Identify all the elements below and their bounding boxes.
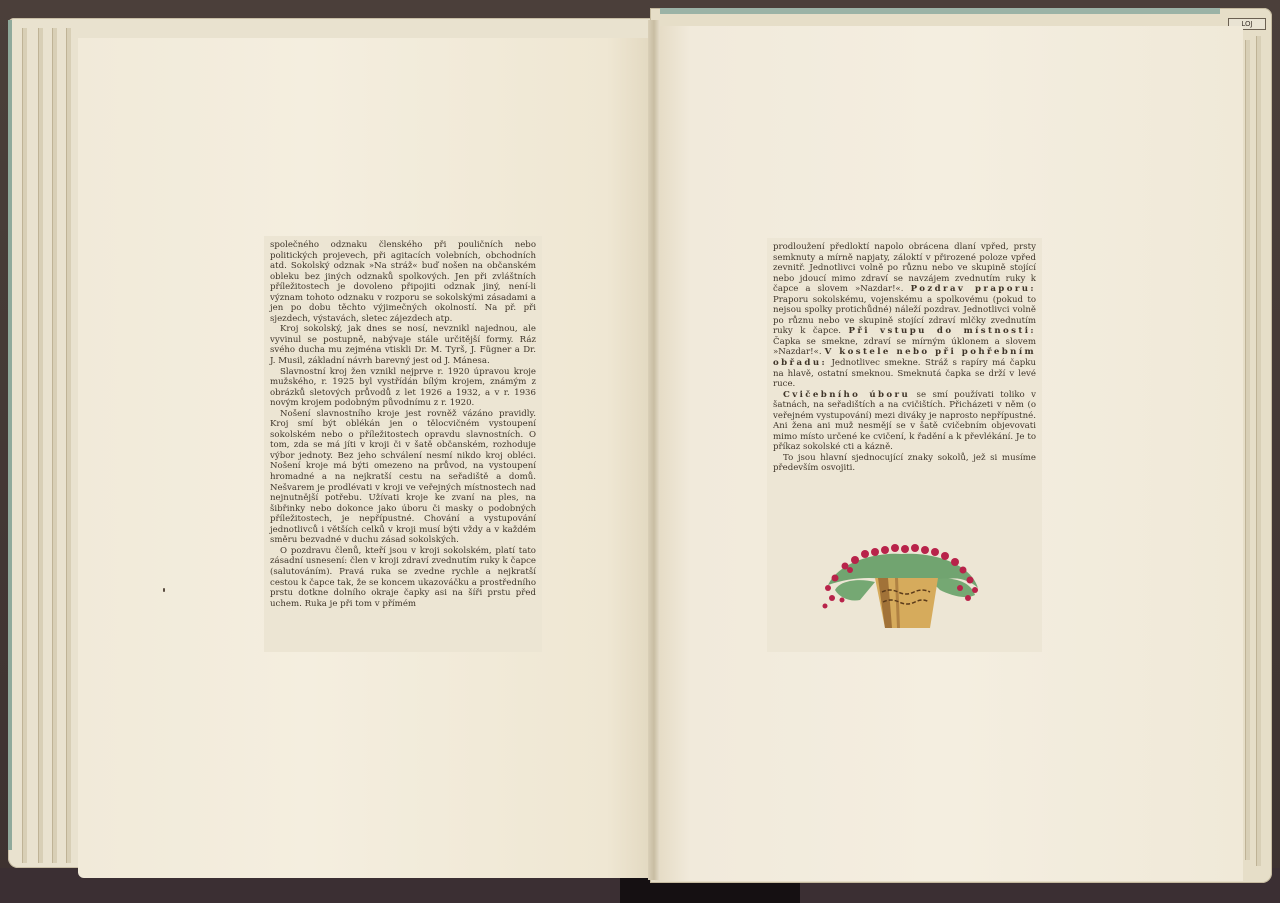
paragraph: Slavnostní kroj žen vznikl nejprve r. 19…	[270, 367, 536, 409]
page-edge	[1256, 36, 1261, 866]
paper-speck	[163, 588, 165, 592]
book-gutter	[648, 20, 660, 880]
paragraph: Nošení slavnostního kroje jest rovněž vá…	[270, 409, 536, 546]
paragraph: Cvičebního úboru se smí používati toliko…	[773, 390, 1036, 453]
left-page-text: společného odznaku členského při pouličn…	[264, 236, 542, 652]
text-run: se smí používati toliko v šatnách, na se…	[773, 390, 1036, 453]
section-heading-entering-room: Při vstupu do místnosti:	[848, 326, 1036, 336]
page-edge	[22, 28, 27, 863]
page-edge	[1245, 40, 1250, 860]
text-run: To jsou hlavní sjednocující znaky sokolů…	[773, 453, 1036, 474]
flower-basket-illustration	[820, 540, 985, 630]
page-edge	[66, 28, 71, 863]
page-edge	[38, 28, 43, 863]
section-heading-exercise-uniform: Cvičebního úboru	[783, 390, 910, 400]
paragraph: To jsou hlavní sjednocující znaky sokolů…	[773, 453, 1036, 474]
section-heading-flag-salute: Pozdrav praporu:	[911, 284, 1036, 294]
paragraph: Kroj sokolský, jak dnes se nosí, nevznik…	[270, 324, 536, 366]
endpaper-edge	[660, 8, 1220, 14]
paragraph: prodloužení předloktí napolo obrácena dl…	[773, 242, 1036, 390]
basket-icon	[875, 578, 938, 628]
endpaper-edge	[8, 20, 12, 850]
paragraph: společného odznaku členského při pouličn…	[270, 240, 536, 324]
page-edge	[52, 28, 57, 863]
paragraph: O pozdravu členů, kteří jsou v kroji sok…	[270, 546, 536, 609]
